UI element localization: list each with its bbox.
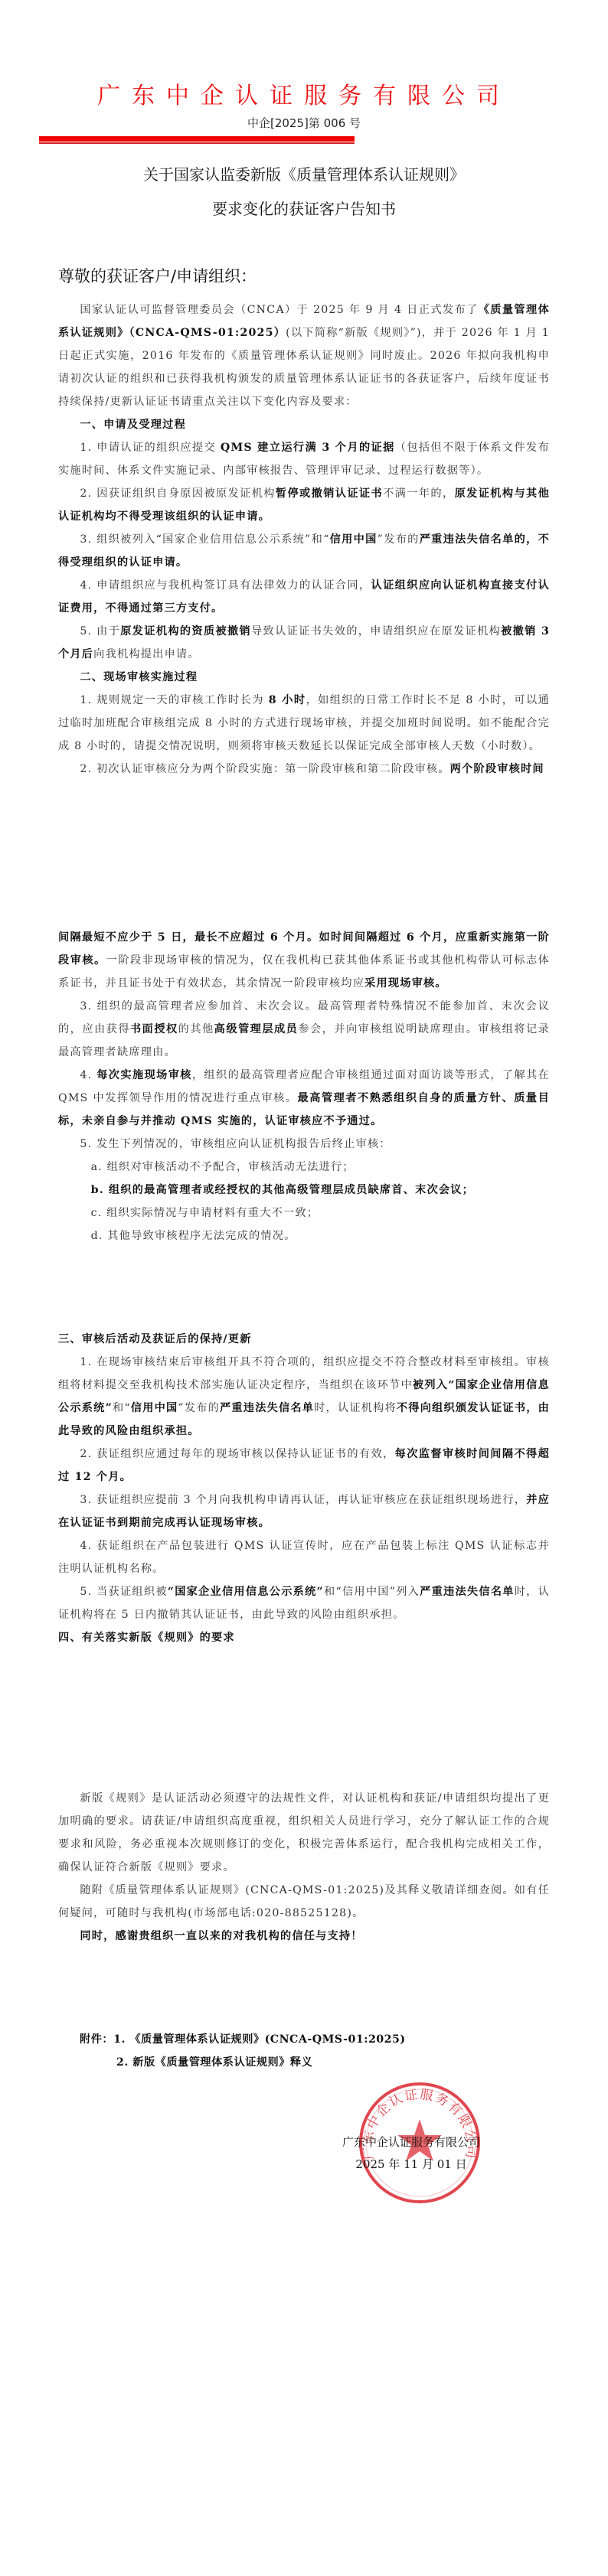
s4-paragraph-2: 随附《质量管理体系认证规则》(CNCA-QMS-01:2025)及其释义敬请详细… [58, 1879, 550, 1925]
s3-item-4: 4. 获证组织在产品包装进行 QMS 认证宣传时，应在产品包装上标注 QMS 认… [58, 1534, 550, 1580]
signature-date: 2025 年 11 月 01 日 [335, 2156, 488, 2172]
s3-item-3: 3. 获证组织应提前 3 个月向我机构申请再认证，再认证审核应在获证组织现场进行… [58, 1489, 550, 1534]
s2-item-3: 3. 组织的最高管理者应参加首、末次会议。最高管理者特殊情况不能参加首、末次会议… [58, 995, 550, 1064]
body-block-3: 三、审核后活动及获证后的保持/更新 1. 在现场审核结束后审核组开具不符合项的，… [58, 1328, 550, 1649]
s2-sub-b: b. 组织的最高管理者或经授权的其他高级管理层成员缺席首、末次会议； [58, 1179, 550, 1202]
s1-item-2: 2. 因获证组织自身原因被原发证机构暂停或撤销认证证书不满一年的，原发证机构与其… [58, 482, 550, 528]
s2-item-4: 4. 每次实施现场审核，组织的最高管理者应配合审核组通过面对面访谈等形式，了解其… [58, 1064, 550, 1133]
s2-item-5: 5. 发生下列情况的，审核组应向认证机构报告后终止审核： [58, 1133, 550, 1156]
body-block-2: 间隔最短不应少于 5 日，最长不应超过 6 个月。如时间间隔超过 6 个月，应重… [58, 926, 550, 1247]
attachments: 附件：1. 《质量管理体系认证规则》(CNCA-QMS-01:2025) 2. … [58, 2028, 550, 2074]
s3-item-1: 1. 在现场审核结束后审核组开具不符合项的，组织应提交不符合整改材料至审核组。审… [58, 1351, 550, 1443]
section-heading-1: 一、申请及受理过程 [58, 413, 550, 436]
s2-item-2: 2. 初次认证审核应分为两个阶段实施：第一阶段审核和第二阶段审核。两个阶段审核时… [58, 758, 550, 781]
salutation: 尊敬的获证客户/申请组织： [58, 264, 257, 287]
s2-item-1: 1. 规则规定一天的审核工作时长为 8 小时，如组织的日常工作时长不足 8 小时… [58, 689, 550, 758]
notice-title-line1: 关于国家认监委新版《质量管理体系认证规则》 [0, 162, 608, 184]
s4-paragraph-1: 新版《规则》是认证活动必须遵守的法规性文件，对认证机构和获证/申请组织均提出了更… [58, 1787, 550, 1879]
s2-sub-d: d. 其他导致审核程序无法完成的情况。 [58, 1224, 550, 1247]
document-number: 中企[2025]第 006 号 [0, 115, 608, 131]
notice-title-line2: 要求变化的获证客户告知书 [0, 197, 608, 219]
section-heading-2: 二、现场审核实施过程 [58, 666, 550, 689]
attachment-2: 2. 新版《质量管理体系认证规则》释义 [58, 2051, 550, 2074]
attachment-1: 附件：1. 《质量管理体系认证规则》(CNCA-QMS-01:2025) [58, 2028, 550, 2051]
s1-item-5: 5. 由于原发证机构的资质被撤销导致认证证书失效的，申请组织应在原发证机构被撤销… [58, 620, 550, 666]
body-block-4: 新版《规则》是认证活动必须遵守的法规性文件，对认证机构和获证/申请组织均提出了更… [58, 1787, 550, 1948]
s4-thanks: 同时，感谢贵组织一直以来的对我机构的信任与支持！ [58, 1925, 550, 1948]
s3-item-2: 2. 获证组织应通过每年的现场审核以保持认证证书的有效，每次监督审核时间间隔不得… [58, 1443, 550, 1489]
body-block-1: 国家认证认可监督管理委员会（CNCA）于 2025 年 9 月 4 日正式发布了… [58, 298, 550, 781]
intro-paragraph: 国家认证认可监督管理委员会（CNCA）于 2025 年 9 月 4 日正式发布了… [58, 298, 550, 413]
s1-item-4: 4. 申请组织应与我机构签订具有法律效力的认证合同，认证组织应向认证机构直接支付… [58, 574, 550, 620]
s1-item-1: 1. 申请认证的组织应提交 QMS 建立运行满 3 个月的证据（包括但不限于体系… [58, 436, 550, 482]
s2-sub-c: c. 组织实际情况与申请材料有重大不一致； [58, 1202, 550, 1224]
s2-item-2-continued: 间隔最短不应少于 5 日，最长不应超过 6 个月。如时间间隔超过 6 个月，应重… [58, 926, 550, 995]
s3-item-5: 5. 当获证组织被“国家企业信用信息公示系统”和“信用中国”列入严重违法失信名单… [58, 1580, 550, 1626]
letterhead-red-rule [39, 136, 355, 145]
document-page: 广东中企认证服务有限公司 中企[2025]第 006 号 关于国家认监委新版《质… [0, 0, 608, 2576]
section-heading-3: 三、审核后活动及获证后的保持/更新 [58, 1328, 550, 1351]
signature-org: 广东中企认证服务有限公司 [335, 2134, 488, 2150]
section-heading-4: 四、有关落实新版《规则》的要求 [58, 1626, 550, 1649]
org-letterhead-title: 广东中企认证服务有限公司 [0, 77, 608, 110]
s1-item-3: 3. 组织被列入“国家企业信用信息公示系统”和“信用中国”发布的严重违法失信名单… [58, 528, 550, 574]
s2-sub-a: a. 组织对审核活动不予配合，审核活动无法进行； [58, 1156, 550, 1179]
